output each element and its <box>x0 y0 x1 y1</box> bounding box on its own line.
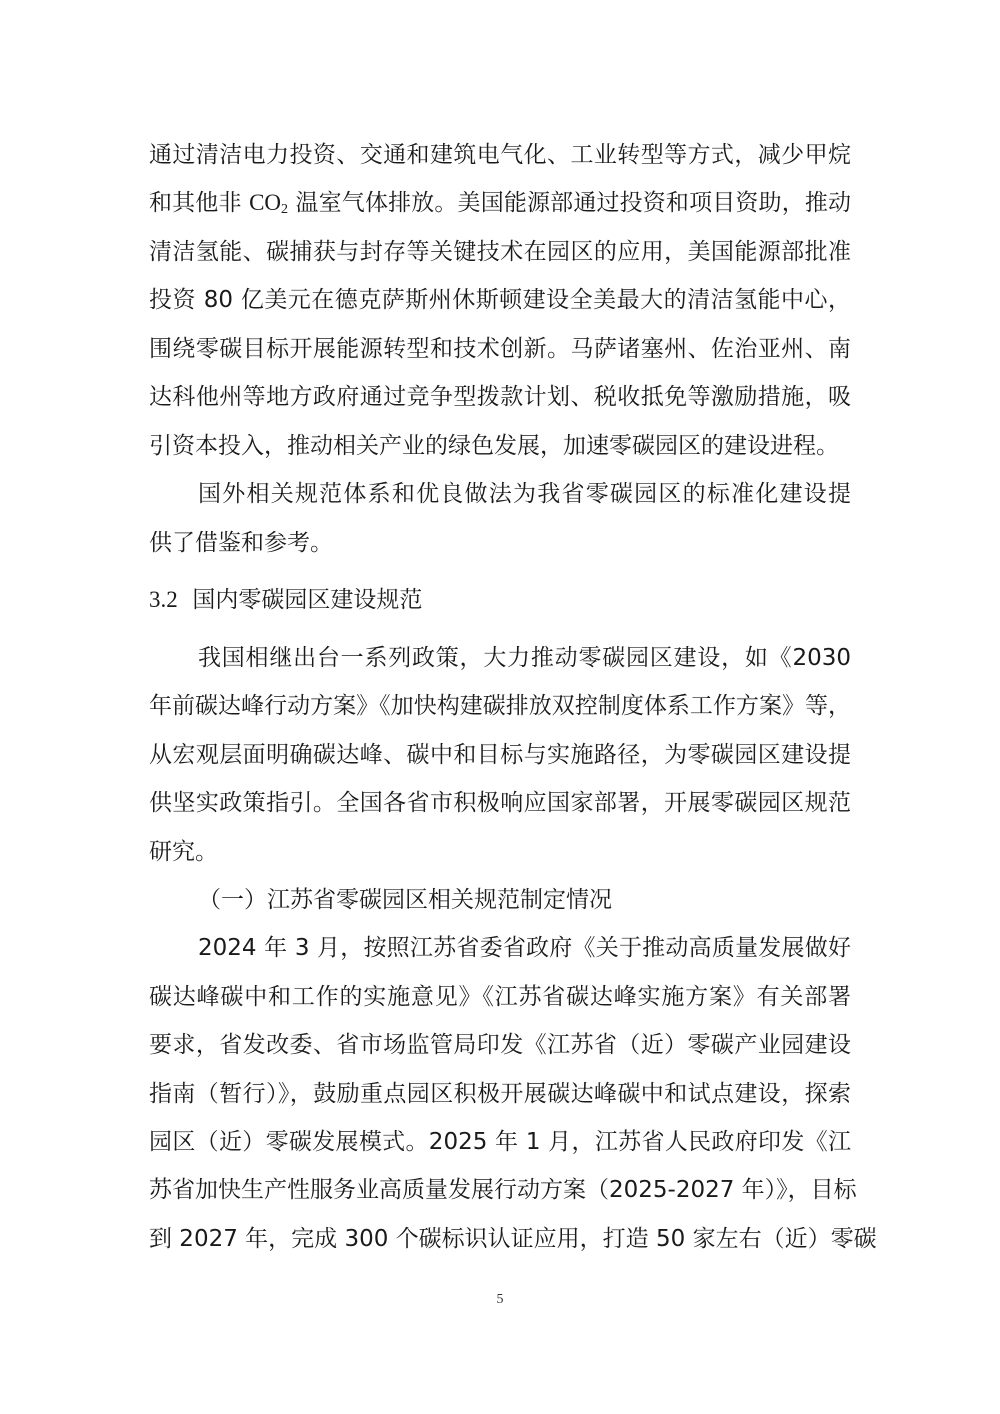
text-segment: 温室气体排放。美国能源部通过投资和项目资助，推动 <box>288 190 851 216</box>
section-heading: 3.2 国内零碳园区建设规范 <box>149 585 851 615</box>
page-number: 5 <box>480 1292 520 1308</box>
paragraph-line: 国外相关规范体系和优良做法为我省零碳园区的标准化建设提 <box>198 479 851 509</box>
paragraph-line: 清洁氢能、碳捕获与封存等关键技术在园区的应用，美国能源部批准 <box>149 237 851 267</box>
paragraph-line: 指南（暂行）》，鼓励重点园区积极开展碳达峰碳中和试点建设，探索 <box>149 1079 851 1109</box>
co2-formula: CO2 <box>249 190 288 215</box>
paragraph-line: 供了借鉴和参考。 <box>149 528 851 558</box>
paragraph-line: 到 2027 年，完成 300 个碳标识认证应用，打造 50 家左右（近）零碳 <box>149 1224 851 1254</box>
paragraph-line: 要求，省发改委、省市场监管局印发《江苏省（近）零碳产业园建设 <box>149 1030 851 1060</box>
subsection-heading: （一）江苏省零碳园区相关规范制定情况 <box>198 885 851 915</box>
paragraph-line: 供坚实政策指引。全国各省市积极响应国家部署，开展零碳园区规范 <box>149 788 851 818</box>
paragraph-line: 引资本投入，推动相关产业的绿色发展，加速零碳园区的建设进程。 <box>149 431 851 461</box>
paragraph-line: 通过清洁电力投资、交通和建筑电气化、工业转型等方式，减少甲烷 <box>149 140 851 170</box>
paragraph-line: 研究。 <box>149 837 851 867</box>
text-segment: 和其他非 <box>149 190 249 216</box>
paragraph-line: 年前碳达峰行动方案》《加快构建碳排放双控制度体系工作方案》等， <box>149 691 851 721</box>
section-number: 3.2 <box>149 587 178 612</box>
section-title: 国内零碳园区建设规范 <box>192 587 422 613</box>
paragraph-line: 达科他州等地方政府通过竞争型拨款计划、税收抵免等激励措施，吸 <box>149 382 851 412</box>
paragraph-line: 我国相继出台一系列政策，大力推动零碳园区建设，如《2030 <box>198 643 851 673</box>
document-page: 通过清洁电力投资、交通和建筑电气化、工业转型等方式，减少甲烷 和其他非 CO2 … <box>0 0 1000 1414</box>
paragraph-line: 从宏观层面明确碳达峰、碳中和目标与实施路径，为零碳园区建设提 <box>149 740 851 770</box>
paragraph-line: 碳达峰碳中和工作的实施意见》《江苏省碳达峰实施方案》有关部署 <box>149 982 851 1012</box>
paragraph-line: 投资 80 亿美元在德克萨斯州休斯顿建设全美最大的清洁氢能中心， <box>149 285 851 315</box>
paragraph-line-co2: 和其他非 CO2 温室气体排放。美国能源部通过投资和项目资助，推动 <box>149 188 851 218</box>
paragraph-line: 围绕零碳目标开展能源转型和技术创新。马萨诸塞州、佐治亚州、南 <box>149 334 851 364</box>
paragraph-line: 苏省加快生产性服务业高质量发展行动方案（2025-2027 年）》，目标 <box>149 1175 851 1205</box>
paragraph-line: 园区（近）零碳发展模式。2025 年 1 月，江苏省人民政府印发《江 <box>149 1127 851 1157</box>
paragraph-line: 2024 年 3 月，按照江苏省委省政府《关于推动高质量发展做好 <box>198 933 851 963</box>
